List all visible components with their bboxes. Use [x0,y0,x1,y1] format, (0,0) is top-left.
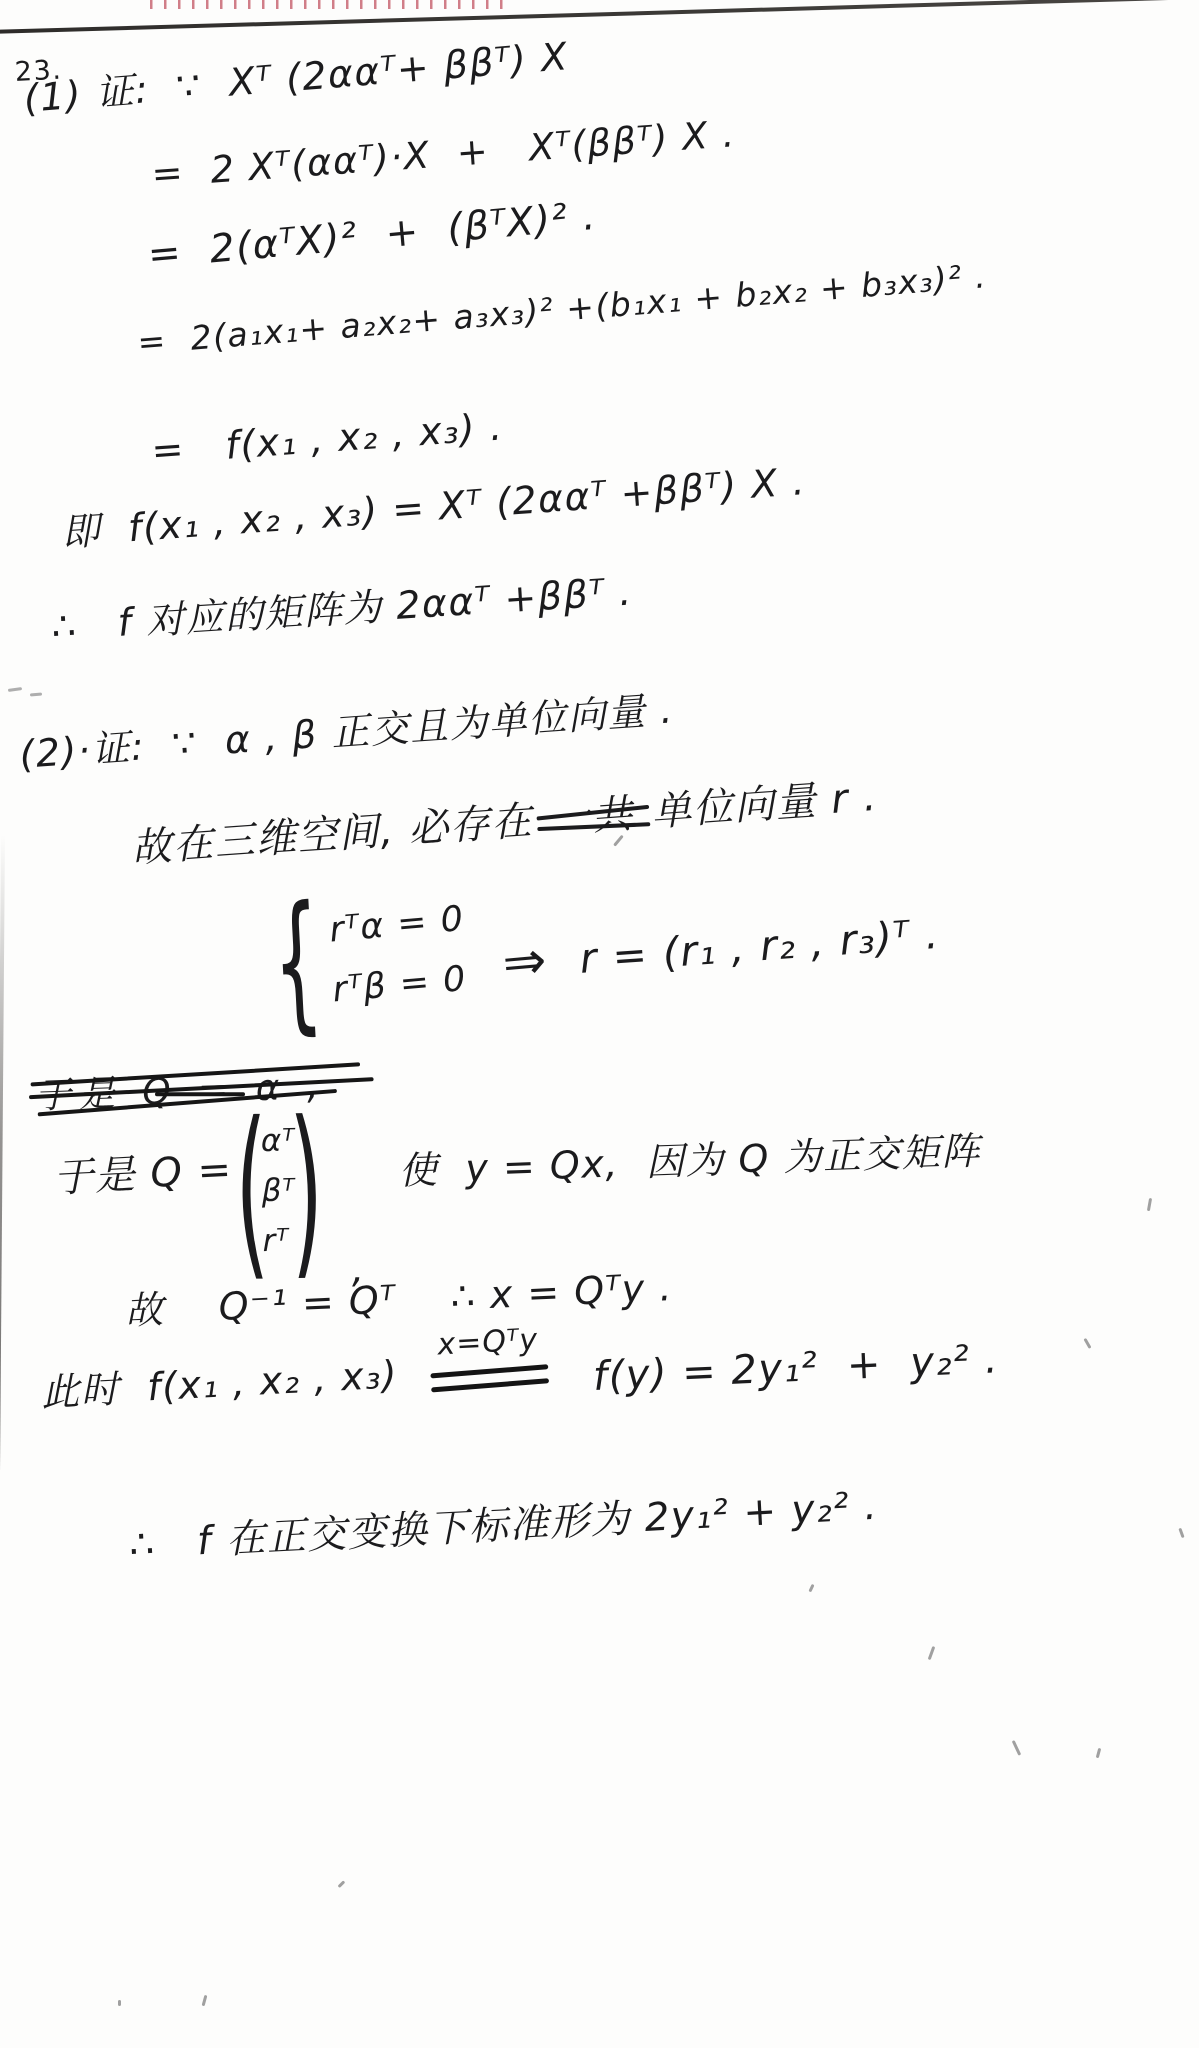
ink-speck [1178,1528,1184,1538]
ink-speck [1012,1740,1021,1756]
proof-step-3: = 2(a₁x₁+ a₂x₂+ a₃x₃)² +(b₁x₁ + b₂x₂ + b… [136,255,988,363]
binding-perforation-marks [150,0,510,9]
system-eq-2: rᵀβ = 0 [331,957,470,1012]
column-matrix-Q: ( αᵀ βᵀ rᵀ ) [214,1102,344,1280]
part2-line-4: 故 Q⁻¹ = Qᵀ ∴ x = Qᵀy . [124,1264,674,1335]
matrix-right-paren: ) [288,1102,324,1278]
proof-step-4: = f(x₁ , x₂ , x₃) . [150,403,505,475]
substitution-over-equals: x=Qᵀy [428,1322,549,1390]
part2-line-2-post: 单位向量 r . [650,774,879,836]
line5-result: f(y) = 2y₁² + y₂² . [592,1334,1000,1402]
proof-step-1: = 2 Xᵀ(ααᵀ)·X + Xᵀ(ββᵀ) X . [150,111,737,198]
strike-stroke [155,1092,245,1096]
ink-speck [1096,1748,1101,1758]
double-equals-bar [430,1364,548,1378]
ink-speck [1147,1198,1152,1211]
proof-conclusion-2: ∴ f 对应的矩阵为 2ααᵀ +ββᵀ . [50,568,634,651]
crossed-out-scribble: 一共 [541,788,643,845]
line3-prefix: 于是 Q = [52,1145,234,1204]
part2-line-2-pre: 故在三维空间, 必存在 [130,798,534,872]
system-eq-1: rᵀα = 0 [328,898,467,953]
ink-speck [1083,1338,1091,1349]
scanned-notebook-page: 23. (1) 证: ∵ Xᵀ (2ααᵀ+ ββᵀ) X = 2 Xᵀ(ααᵀ… [0,0,1199,2048]
left-brace: { [270,894,325,1031]
equation-system: { rᵀα = 0 rᵀβ = 0 [246,887,469,1033]
substitution-label: x=Qᵀy [437,1322,540,1362]
part2-conclusion: ∴ f 在正交变换下标准形为 2y₁² + y₂² . [128,1483,879,1571]
line5-prefix: 此时 f(x₁ , x₂ , x₃) [40,1351,399,1417]
system-result: r = (r₁ , r₂ , r₃)ᵀ . [578,909,941,985]
page-left-edge-shadow [0,835,4,2048]
ink-speck [118,2000,121,2006]
proof-step-2: = 2(αᵀX)² + (βᵀX)² . [146,193,599,281]
ink-speck [202,1995,207,2006]
double-equals-bar [431,1378,549,1392]
part2-line-2: 故在三维空间, 必存在一共单位向量 r . [130,772,879,874]
pencil-dash [8,687,22,692]
ink-speck [808,1584,814,1592]
line3-suffix: 使 y = Qx, 因为 Q 为正交矩阵 [398,1128,982,1196]
pencil-dash [30,692,42,696]
ink-speck [928,1646,935,1660]
implies-arrow: ⇒ [500,928,551,997]
matrix-left-paren: ( [234,1103,270,1279]
proof-line-1: (1) 证: ∵ Xᵀ (2ααᵀ+ ββᵀ) X [22,33,570,123]
part2-line-1: (2)·证: ∵ α , β 正交且为单位向量 . [18,686,675,779]
ink-speck [338,1880,345,1887]
